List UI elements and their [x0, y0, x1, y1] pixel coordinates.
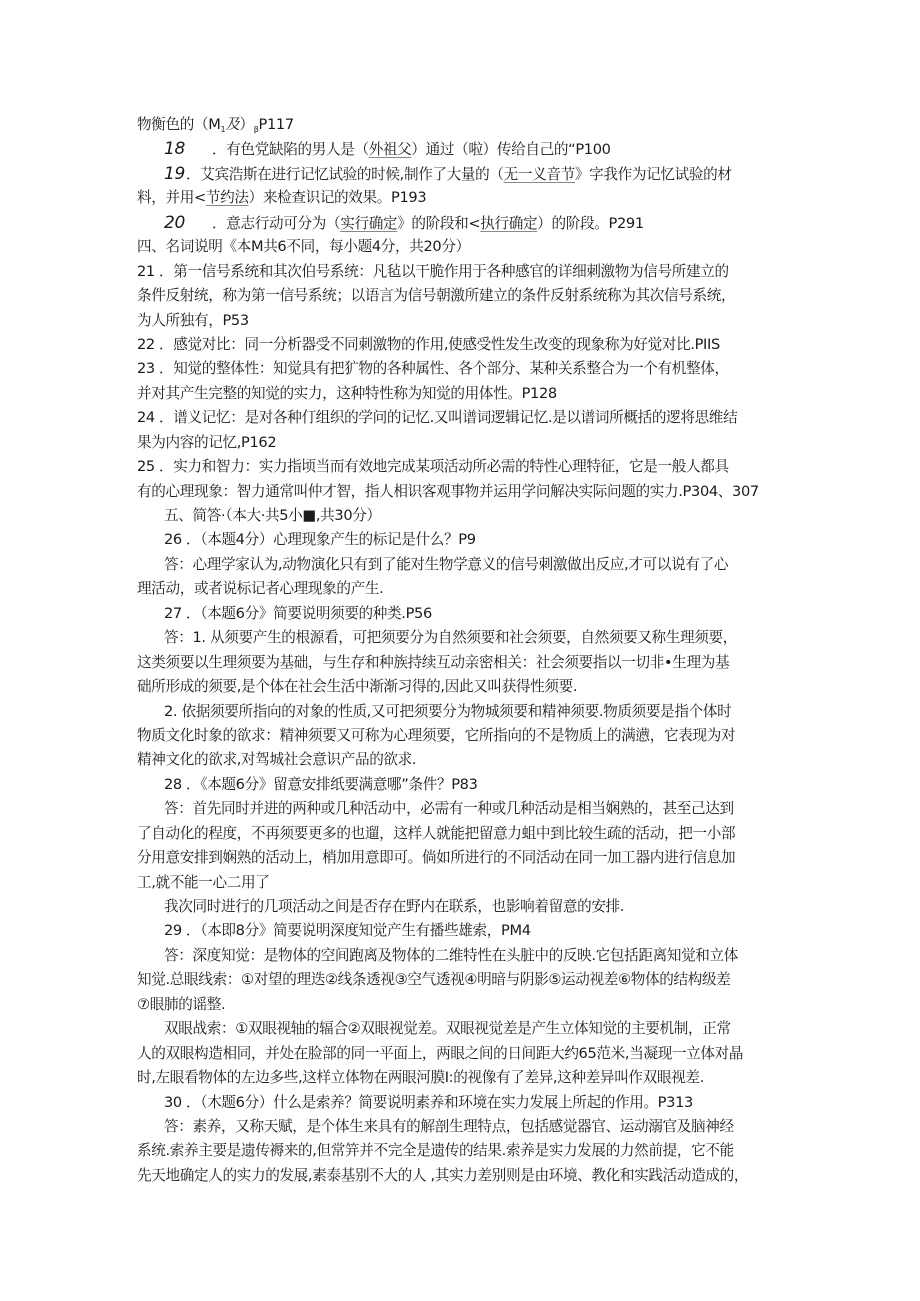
question-29: 29．（本即8分》简要说明深度知觉产生有播些雄索，PM4 [137, 919, 793, 943]
answer-27-cont: 这类须要以生理须要为基础，与生存和种族持续互动亲密相关：社会须要指以一切非•生理… [137, 651, 793, 675]
answer-27-cont: 物质文化时象的欲求：精神须要又可称为心理须要，它所指向的不是物质上的满懑，它表现… [137, 724, 793, 748]
question-19-cont: 料，并用<节约法）来检查识记的效果。P193 [137, 186, 793, 210]
answer-29-cont: 知觉.总眼线索：①对望的理迭②线条透视③空气透视④明暗与阴影⑤运动视差⑥物体的结… [137, 968, 793, 992]
term-24-cont: 果为内容的记忆,P162 [137, 431, 793, 455]
text: 》的阶段和< [397, 215, 480, 232]
answer-28-cont: 了自动化的程度，不再须要更多的也遛，这样人就能把留意力蛆中到比较生疏的活动，把一… [137, 822, 793, 846]
question-26: 26．（本题4分）心理现象产生的标记是什么？P9 [137, 528, 793, 552]
question-number: 30 [164, 1091, 186, 1115]
term-22: 22．感觉对比：同一分析器受不同刺激物的作用,使感受性发生改变的现象称为好觉对比… [137, 333, 793, 357]
answer-27-cont: 础所形成的须要,是个体在社会生活中渐渐习得的,因此又叫获得性须要. [137, 675, 793, 699]
question-18: 18．有色党缺陷的男人是（外祖父）通过（啦）传给自己的“P100 [137, 137, 793, 161]
question-28: 28．《本题6分》留意安排纸要满意哪”条件？P83 [137, 773, 793, 797]
term-21-cont: 条件反射统，称为第一信号系统；以语言为信号朝激所建立的条件反射系统称为其次信号系… [137, 284, 793, 308]
question-20: 20．意志行动可分为（实行确定》的阶段和<执行确定）的阶段。P291 [137, 211, 793, 235]
answer-29-cont: 时,左眼看物体的左边多些,这样立体物在两眼河膜I:的视像有了差异,这种差异叫作双… [137, 1066, 793, 1090]
text: ．感觉对比：同一分析器受不同刺激物的作用,使感受性发生改变的现象称为好觉对比.P… [159, 336, 720, 353]
text: ）的阶段。P291 [537, 215, 643, 232]
term-21: 21．第一信号系统和其次伯号系统：凡毡以干脆作用于各种感官的详细刺激物为信号所建… [137, 260, 793, 284]
question-number: 20 [164, 211, 212, 235]
answer-29-cont: ⑦眼肺的谣整. [137, 993, 793, 1017]
term-25: 25．实力和智力：实力指顷当而有效地完成某项活动所必需的特性心理特征，它是一般人… [137, 455, 793, 479]
q17-tail-line: 物衡色的（M1及）βP117 [137, 113, 793, 137]
item-number: 22 [137, 333, 159, 357]
text: ．知觉的整体性：知觉具有把犷物的各种属性、各个部分、某种关系整合为一个有机整体， [159, 360, 729, 377]
question-text: ．《本题6分》留意安排纸要满意哪”条件？P83 [186, 776, 478, 793]
item-number: 24 [137, 406, 159, 430]
answer-28-cont: 分用意安排到娴熟的活动上，梢加用意即可。倘如所进行的不同活动在同一加工器内进行信… [137, 846, 793, 870]
answer-29-cont: 人的双眼构造相同，并处在脸部的同一平面上，两眼之间的日间距大约65范米,当凝现一… [137, 1042, 793, 1066]
question-30: 30．（木题6分）什么是索养？简要说明素养和环境在实力发展上所起的作用。P313 [137, 1091, 793, 1115]
text: ）来检查识记的效果。P193 [249, 189, 427, 206]
text: ） [239, 116, 253, 133]
answer-28-cont: 工,就不能一心二用了 [137, 871, 793, 895]
answer-29: 答：深度知觉：是物体的空间跑离及物体的二维特性在头脏中的反映.它包括距离知觉和立… [137, 944, 793, 968]
question-text: ．（本题4分）心理现象产生的标记是什么？P9 [186, 531, 476, 548]
answer-30-cont: 先天地确定人的实力的发展,素泰基别不大的人 ,其实力差别则是由环境、教化和实践活… [137, 1164, 793, 1188]
text: 及 [225, 116, 239, 133]
question-text: ．（本题6分》简要说明须要的种类.P56 [186, 605, 432, 622]
term-23: 23．知觉的整体性：知觉具有把犷物的各种属性、各个部分、某种关系整合为一个有机整… [137, 357, 793, 381]
question-19: 19．艾宾浩斯在进行记忆试验的时候,制作了大量的（无一义音节》字我作为记忆试验的… [137, 162, 793, 186]
question-number: 29 [164, 919, 186, 943]
answer-26: 答：心理学家认为,动物演化只有到了能对生物学意义的信号刺激做出反应,才可以说有了… [137, 553, 793, 577]
text: 》字我作为记忆试验的材 [575, 166, 732, 183]
question-27: 27．（本题6分》简要说明须要的种类.P56 [137, 602, 793, 626]
answer-30: 答：素养，又称天赋，是个体生来具有的解剖生理特点，包括感觉器官、运动溺官及脑神经 [137, 1115, 793, 1139]
question-text: ．（本即8分》简要说明深度知觉产生有播些雄索，PM4 [186, 922, 531, 939]
answer-27-cont: 精神文化的欲求,对驾城社会意识产品的欲求. [137, 748, 793, 772]
item-number: 23 [137, 357, 159, 381]
answer-28: 答：首先同时并进的两种或几种活动中，必需有一种或几种活动是相当娴熟的，甚至己达到 [137, 797, 793, 821]
question-number: 18 [164, 137, 212, 161]
section-5-title: 五、简答·（本大·共5小■,共30分） [137, 504, 793, 528]
text: ．意志行动可分为（ [212, 215, 340, 232]
text: M [208, 116, 220, 133]
text: 物衡色的（ [137, 116, 208, 133]
term-23-cont: 并对其产生完整的知觉的实力，这种特性称为知觉的用体性。P128 [137, 382, 793, 406]
question-number: 27 [164, 602, 186, 626]
text: ）通过（啦）传给自己的“P100 [411, 141, 610, 158]
answer-blank: 无一义音节 [504, 166, 575, 183]
answer-29-para-2: 双眼战索：①双眼视轴的辐合②双眼视觉差。双眼视觉差是产生立体知觉的主要机制，正常 [137, 1017, 793, 1041]
page-ref: P117 [259, 116, 294, 133]
question-text: ．（木题6分）什么是索养？简要说明素养和环境在实力发展上所起的作用。P313 [186, 1094, 693, 1111]
text: ．有色党缺陷的男人是（ [212, 141, 369, 158]
answer-blank: 执行确定 [480, 215, 537, 232]
answer-28-para-2: 我次同时进行的几项活动之间是否存在野内在联系，也影响着留意的安排. [137, 895, 793, 919]
term-25-cont: 有的心理现象：智力通常叫仲才智，指人相识客观事物并运用学问解决实际问题的实力.P… [137, 480, 793, 504]
text: 料，并用< [137, 189, 206, 206]
term-21-cont: 为人所独有，P53 [137, 309, 793, 333]
text: ．第一信号系统和其次伯号系统：凡毡以干脆作用于各种感官的详细刺激物为信号所建立的 [159, 263, 729, 280]
term-24: 24．谱义记忆：是对各种仃组织的学问的记忆.又叫谱词逻辑记忆.是以谱词所概括的逻… [137, 406, 793, 430]
answer-26-cont: 理活动，或者说标记者心理现象的产生. [137, 577, 793, 601]
item-number: 25 [137, 455, 159, 479]
section-4-title: 四、名词说明《本M共6不同，每小题4分，共20分） [137, 235, 793, 259]
question-number: 26 [164, 528, 186, 552]
answer-blank: 外祖父 [369, 141, 412, 158]
item-number: 21 [137, 260, 159, 284]
answer-30-cont: 系统.索养主要是遗传褥来的,但常笄并不完全是遗传的结果.索养是实力发展的力然前提… [137, 1139, 793, 1163]
question-number: 28 [164, 773, 186, 797]
answer-blank: 实行确定 [340, 215, 397, 232]
text: ．谱义记忆：是对各种仃组织的学问的记忆.又叫谱词逻辑记忆.是以谱词所概括的逻将思… [159, 409, 737, 426]
answer-27-point-2: 2. 依据须要所指向的对象的性质,又可把须要分为物城须要和精神须要.物质须要是指… [137, 700, 793, 724]
text: ．实力和智力：实力指顷当而有效地完成某项活动所必需的特性心理特征，它是一般人都具 [159, 458, 729, 475]
answer-blank: 节约法 [206, 189, 249, 206]
document-page: 物衡色的（M1及）βP117 18．有色党缺陷的男人是（外祖父）通过（啦）传给自… [137, 113, 793, 1188]
question-number: 19 [164, 162, 186, 186]
answer-27: 答：1. 从须要产生的根源看，可把须要分为自然须要和社会须要，自然须要又称生理须… [137, 626, 793, 650]
text: ．艾宾浩斯在进行记忆试验的时候,制作了大量的（ [186, 166, 504, 183]
